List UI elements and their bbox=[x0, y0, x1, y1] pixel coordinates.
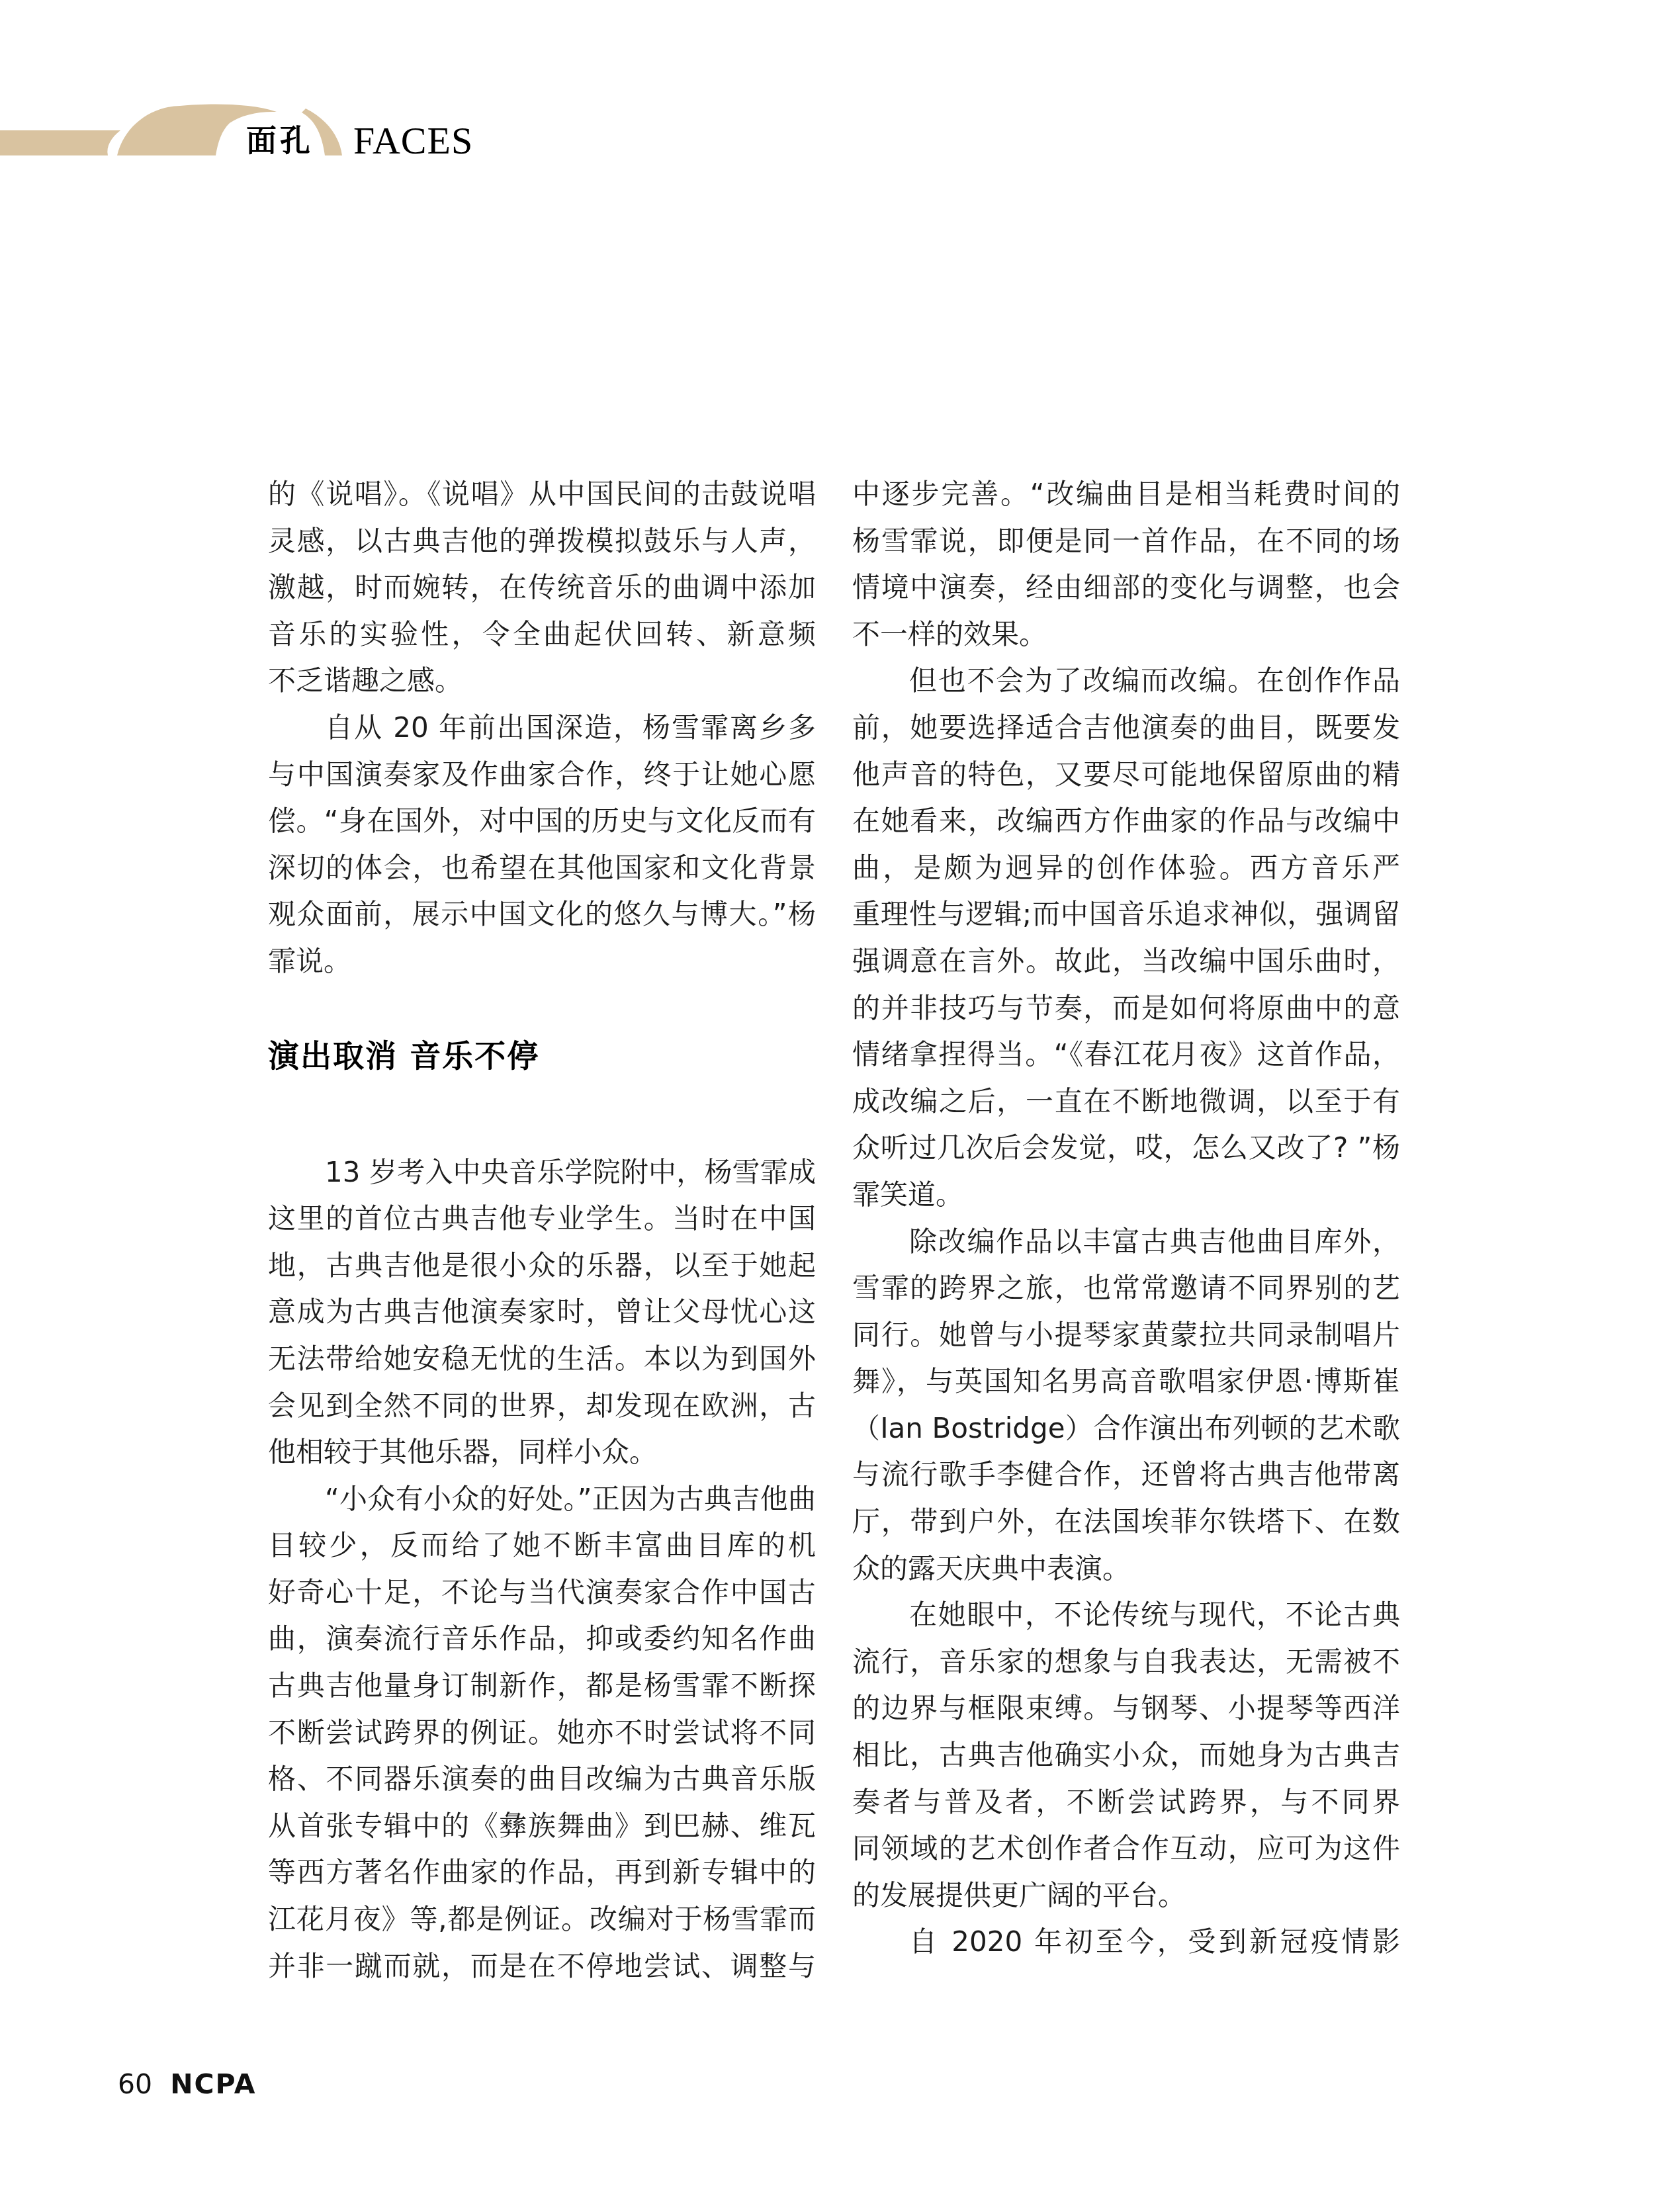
page-number: 60 bbox=[118, 2070, 152, 2099]
text-line: 意成为古典吉他演奏家时，曾让父母忧心这职业 bbox=[268, 1289, 816, 1336]
header-bar-shape bbox=[0, 130, 120, 155]
text-line: 地，古典吉他是很小众的乐器，以至于她起初决 bbox=[268, 1243, 816, 1290]
text-line: 的边界与框限束缚。与钢琴、小提琴等西洋乐器 bbox=[852, 1685, 1400, 1732]
text-line: 众听过几次后会发觉，哎，怎么又改了? ”杨雪 bbox=[852, 1125, 1400, 1172]
text-line: 在她眼中，不论传统与现代，不论古典与 bbox=[852, 1592, 1400, 1639]
text-line: 等西方著名作曲家的作品，再到新专辑中的《春 bbox=[268, 1849, 816, 1896]
text-line: 13 岁考入中央音乐学院附中，杨雪霏成为 bbox=[268, 1149, 816, 1196]
text-line: 格、不同器乐演奏的曲目改编为古典音乐版本， bbox=[268, 1756, 816, 1803]
text-line: 奏者与普及者，不断尝试跨界，与不同界别、不 bbox=[852, 1779, 1400, 1826]
text-line: 自从 20 年前出国深造，杨雪霏离乡多年， bbox=[268, 705, 816, 752]
text-line: 但也不会为了改编而改编。在创作作品之 bbox=[852, 658, 1400, 705]
text-line: 自 2020 年初至今，受到新冠疫情影响，欧 bbox=[852, 1919, 1400, 1966]
text-line: 与中国演奏家及作曲家合作，终于让她心愿得 bbox=[268, 752, 816, 799]
text-line: 众的露天庆典中表演。 bbox=[852, 1546, 1400, 1593]
header-swoosh-graphic bbox=[0, 99, 371, 172]
text-line: 情绪拿捏得当。“《春江花月夜》这首作品，我完 bbox=[852, 1031, 1400, 1078]
text-line: 这里的首位古典吉他专业学生。当时在中国内 bbox=[268, 1196, 816, 1243]
text-line: 观众面前，展示中国文化的悠久与博大。”杨雪 bbox=[268, 891, 816, 938]
text-line: 的《说唱》。《说唱》从中国民间的击鼓说唱汲取 bbox=[268, 471, 816, 518]
text-line: 与流行歌手李健合作，还曾将古典吉他带离音乐 bbox=[852, 1452, 1400, 1499]
text-line: 相比，古典吉他确实小众，而她身为古典吉他演 bbox=[852, 1732, 1400, 1779]
section-title-chinese: 面孔 bbox=[246, 125, 314, 155]
text-line: 除改编作品以丰富古典吉他曲目库外，杨 bbox=[852, 1219, 1400, 1266]
section-heading: 演出取消 音乐不停 bbox=[268, 1039, 816, 1074]
text-line: 霏说。 bbox=[268, 938, 816, 985]
text-line: 的发展提供更广阔的平台。 bbox=[852, 1872, 1400, 1919]
text-line: 不断尝试跨界的例证。她亦不时尝试将不同风 bbox=[268, 1710, 816, 1757]
text-line: 霏笑道。 bbox=[852, 1172, 1400, 1219]
text-line: 不乏谐趣之感。 bbox=[268, 658, 816, 705]
magazine-page: 面孔 FACES 的《说唱》。《说唱》从中国民间的击鼓说唱汲取灵感，以古典吉他的… bbox=[0, 0, 1680, 2188]
text-line: 他相较于其他乐器，同样小众。 bbox=[268, 1429, 816, 1476]
text-line: 杨雪霏说，即便是同一首作品，在不同的场合与 bbox=[852, 518, 1400, 565]
text-line: 深切的体会，也希望在其他国家和文化背景的 bbox=[268, 845, 816, 892]
text-line: 重理性与逻辑;而中国音乐追求神似，强调留白， bbox=[852, 891, 1400, 938]
text-line: 曲，是颇为迥异的创作体验。西方音乐严谨，注 bbox=[852, 845, 1400, 892]
text-line: 厅，带到户外，在法国埃菲尔铁塔下、在数万观 bbox=[852, 1499, 1400, 1546]
text-line: 从首张专辑中的《彝族舞曲》到巴赫、维瓦尔第 bbox=[268, 1803, 816, 1850]
text-line: 前，她要选择适合吉他演奏的曲目，既要发挥吉 bbox=[852, 705, 1400, 752]
right-column: 中逐步完善。“改编曲目是相当耗费时间的事。”杨雪霏说，即便是同一首作品，在不同的… bbox=[852, 471, 1400, 1966]
text-line: 灵感，以古典吉他的弹拨模拟鼓乐与人声，时而 bbox=[268, 518, 816, 565]
text-line: 的并非技巧与节奏，而是如何将原曲中的意蕴与 bbox=[852, 985, 1400, 1032]
text-line: 古典吉他量身订制新作，都是杨雪霏不断探索、 bbox=[268, 1663, 816, 1710]
text-line: 激越，时而婉转，在传统音乐的曲调中添加现代 bbox=[268, 564, 816, 611]
text-line: 江花月夜》等,都是例证。改编对于杨雪霏而言， bbox=[268, 1896, 816, 1943]
text-line: 目较少，反而给了她不断丰富曲目库的机会。她 bbox=[268, 1522, 816, 1569]
text-line: 强调意在言外。故此，当改编中国乐曲时，最难 bbox=[852, 938, 1400, 985]
text-line: （Ian Bostridge）合作演出布列顿的艺术歌曲， bbox=[852, 1405, 1400, 1452]
text-line: 情境中演奏，经由细部的变化与调整，也会呈现 bbox=[852, 564, 1400, 611]
text-line: 不一样的效果。 bbox=[852, 611, 1400, 658]
text-line: 会见到全然不同的世界，却发现在欧洲，古典吉 bbox=[268, 1383, 816, 1430]
text-line: 舞》，与英国知名男高音歌唱家伊恩·博斯崔吉 bbox=[852, 1358, 1400, 1405]
text-line: 偿。“身在国外，对中国的历史与文化反而有更 bbox=[268, 798, 816, 845]
text-line: 成改编之后，一直在不断地微调，以至于有些观 bbox=[852, 1078, 1400, 1125]
text-line: 中逐步完善。“改编曲目是相当耗费时间的事。” bbox=[852, 471, 1400, 518]
text-line: 同领域的艺术创作者合作互动，应可为这件乐器 bbox=[852, 1825, 1400, 1872]
text-line: 无法带给她安稳无忧的生活。本以为到国外读书 bbox=[268, 1336, 816, 1383]
text-line: 他声音的特色，又要尽可能地保留原曲的精髓。 bbox=[852, 752, 1400, 799]
text-line: 在她看来，改编西方作曲家的作品与改编中国乐 bbox=[852, 798, 1400, 845]
text-line: 同行。她曾与小提琴家黄蒙拉共同录制唱片《弦 bbox=[852, 1312, 1400, 1359]
text-line: 曲，演奏流行音乐作品，抑或委约知名作曲家为 bbox=[268, 1616, 816, 1663]
page-footer: 60 NCPA bbox=[118, 2070, 257, 2099]
page-header: 面孔 FACES bbox=[0, 0, 1680, 212]
text-line: 流行，音乐家的想象与自我表达，无需被不必要 bbox=[852, 1639, 1400, 1686]
text-line: 雪霏的跨界之旅，也常常邀请不同界别的艺术家 bbox=[852, 1265, 1400, 1312]
text-line: 好奇心十足，不论与当代演奏家合作中国古代名 bbox=[268, 1569, 816, 1616]
text-line: 并非一蹴而就，而是在不停地尝试、调整与磨合 bbox=[268, 1943, 816, 1990]
left-column: 的《说唱》。《说唱》从中国民间的击鼓说唱汲取灵感，以古典吉他的弹拨模拟鼓乐与人声… bbox=[268, 471, 816, 1990]
magazine-brand: NCPA bbox=[170, 2070, 256, 2099]
section-title-english: FACES bbox=[353, 122, 473, 160]
text-line: 音乐的实验性，令全曲起伏回转、新意频现，又 bbox=[268, 611, 816, 658]
text-line: “小众有小众的好处。”正因为古典吉他曲 bbox=[268, 1476, 816, 1523]
